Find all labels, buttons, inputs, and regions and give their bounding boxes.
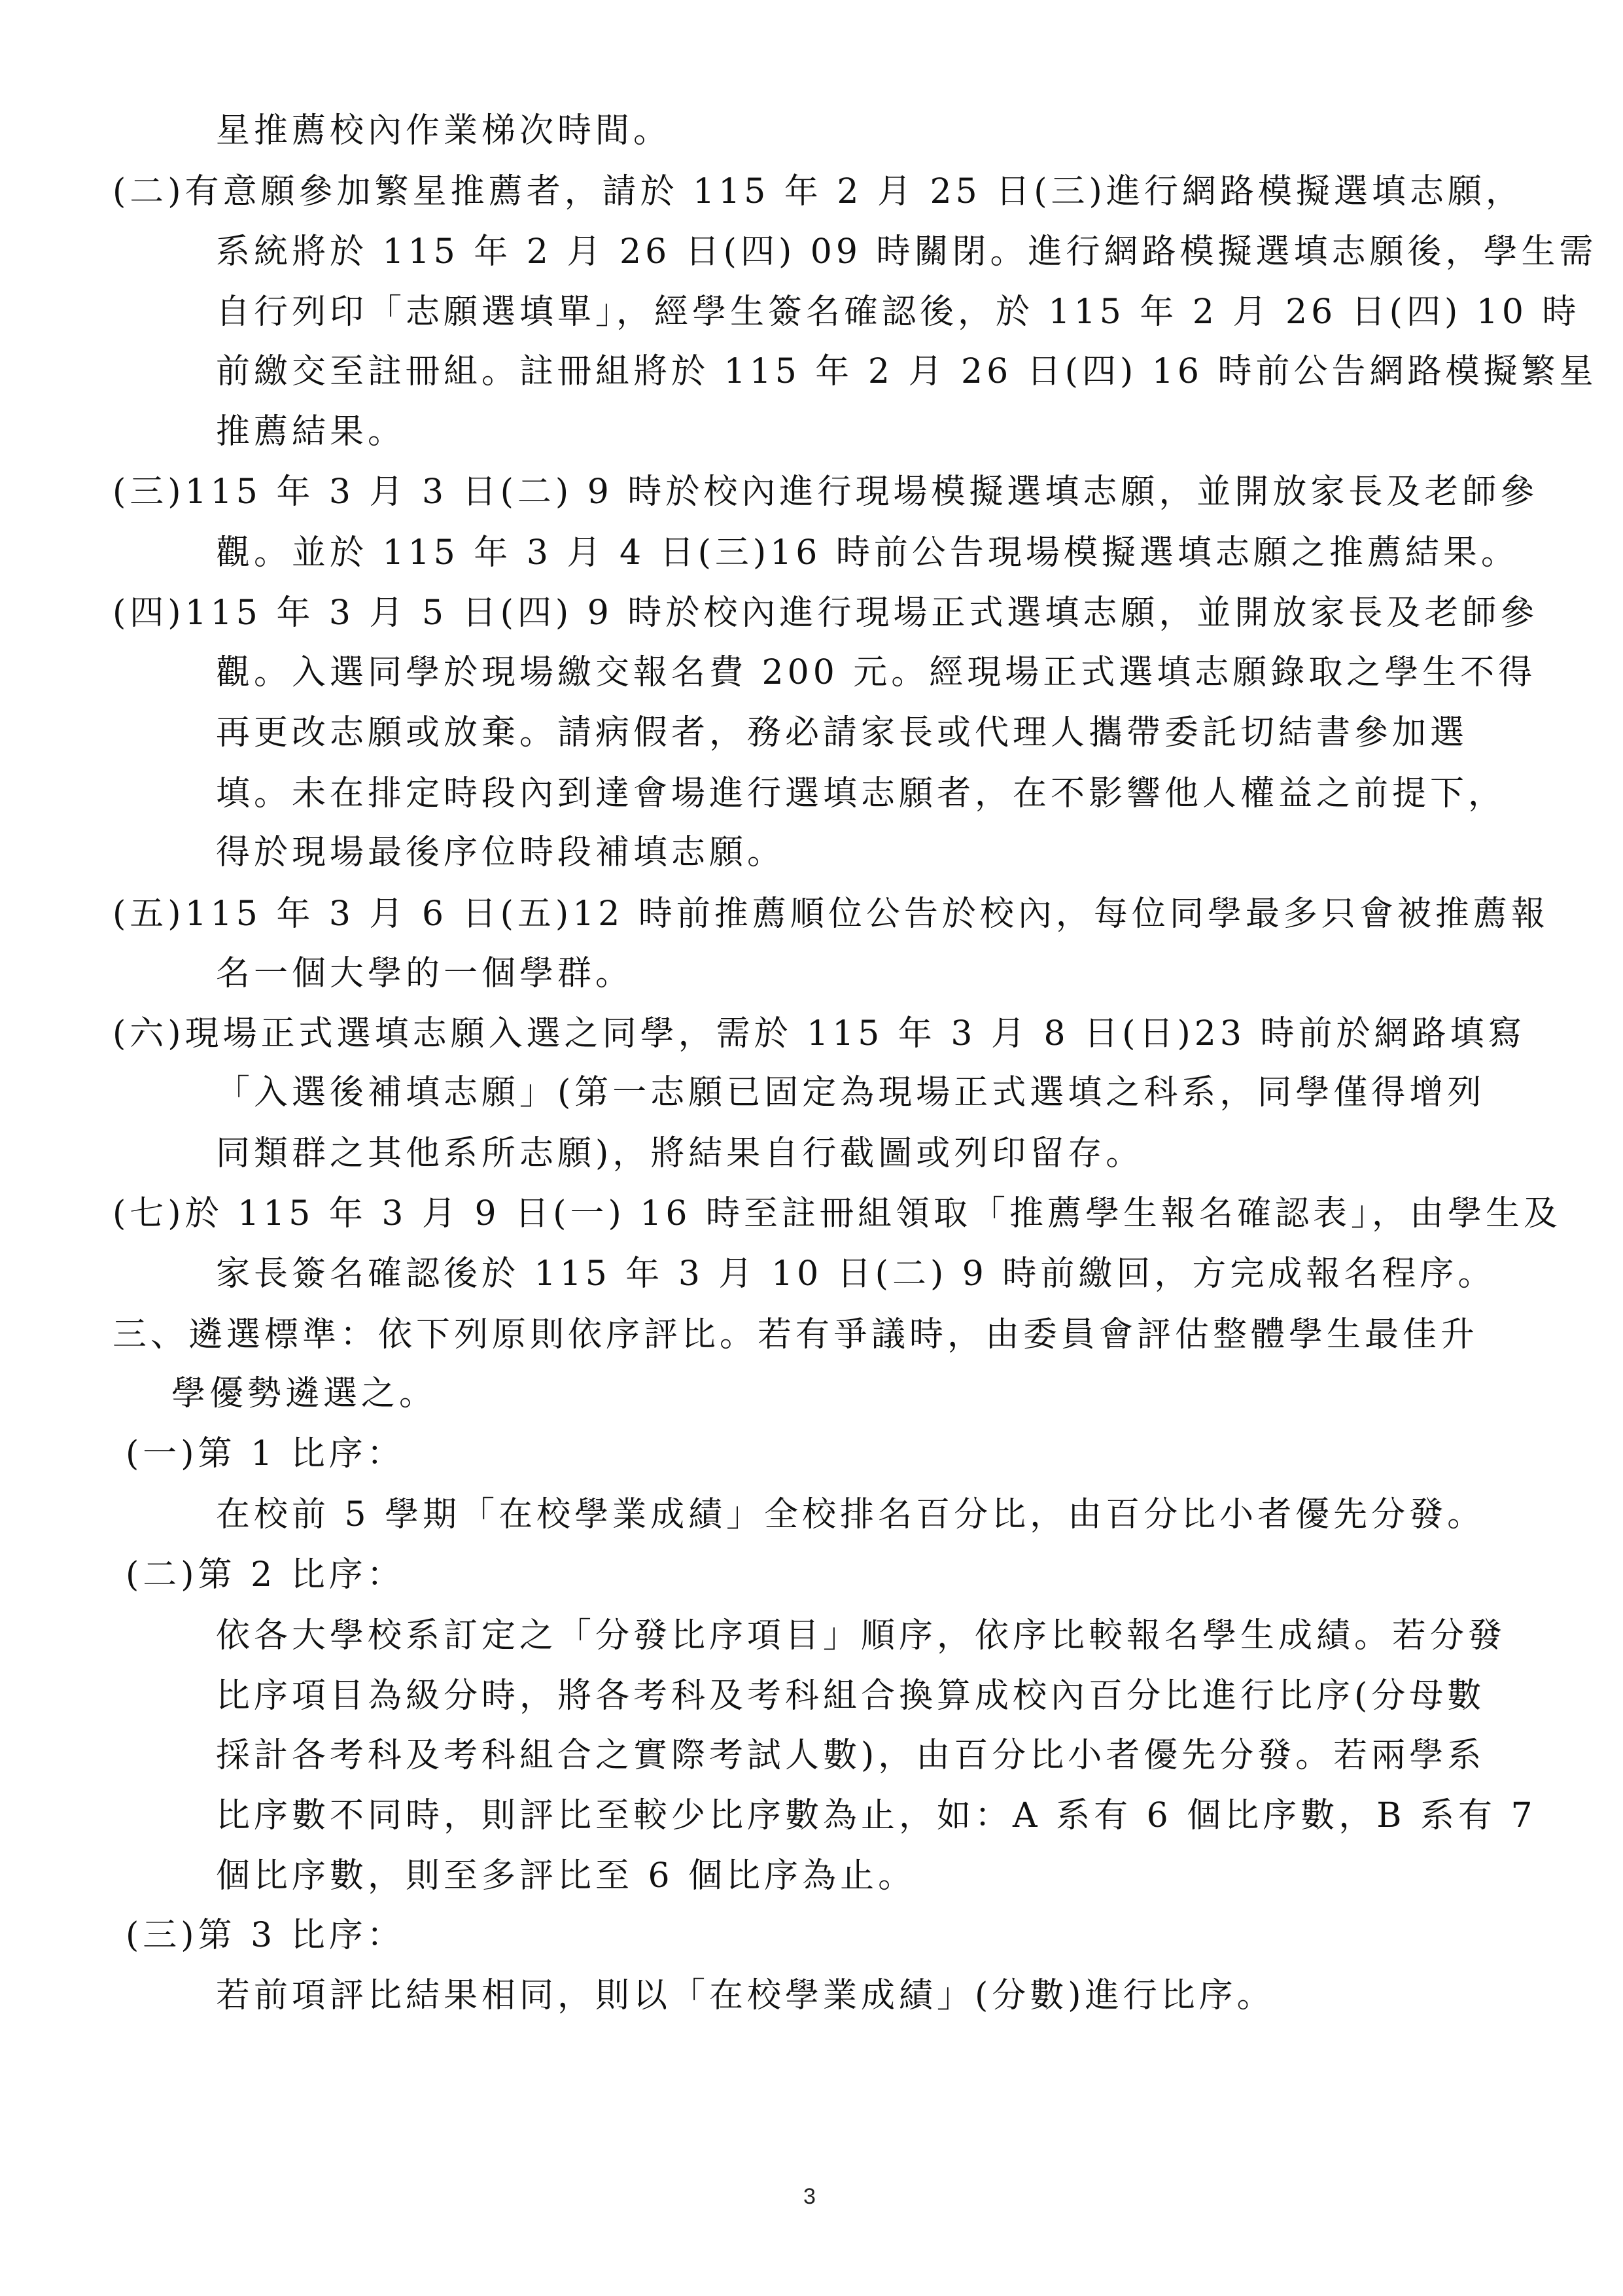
text-line: 觀。並於 115 年 3 月 4 日(三)16 時前公告現場模擬選填志願之推薦結… xyxy=(216,533,1519,573)
text-line: (三)第 3 比序： xyxy=(126,1916,405,1955)
page-number: 3 xyxy=(803,2184,816,2210)
text-line: 「入選後補填志願」(第一志願已固定為現場正式選填之科系，同學僅得增列 xyxy=(216,1073,1485,1112)
text-line: 自行列印「志願選填單」，經學生簽名確認後，於 115 年 2 月 26 日(四)… xyxy=(216,292,1580,332)
text-line: 系統將於 115 年 2 月 26 日(四) 09 時關閉。進行網路模擬選填志願… xyxy=(216,232,1597,272)
text-line: 前繳交至註冊組。註冊組將於 115 年 2 月 26 日(四) 16 時前公告網… xyxy=(216,352,1597,391)
text-line: 若前項評比結果相同，則以「在校學業成績」(分數)進行比序。 xyxy=(216,1976,1275,2015)
text-line: 比序項目為級分時，將各考科及考科組合換算成校內百分比進行比序(分母數 xyxy=(216,1676,1485,1716)
text-line: (五)115 年 3 月 6 日(五)12 時前推薦順位公告於校內，每位同學最多… xyxy=(113,894,1549,934)
text-line: 家長簽名確認後於 115 年 3 月 10 日(二) 9 時前繳回，方完成報名程… xyxy=(216,1254,1495,1294)
text-line: (一)第 1 比序： xyxy=(126,1434,405,1474)
text-line: 採計各考科及考科組合之實際考試人數)，由百分比小者優先分發。若兩學系 xyxy=(216,1736,1485,1775)
text-line: (六)現場正式選填志願入選之同學，需於 115 年 3 月 8 日(日)23 時… xyxy=(113,1014,1526,1053)
text-line: 推薦結果。 xyxy=(216,412,406,451)
text-line: 在校前 5 學期「在校學業成績」全校排名百分比，由百分比小者優先分發。 xyxy=(216,1495,1485,1534)
text-line: 名一個大學的一個學群。 xyxy=(216,954,633,993)
text-line: (四)115 年 3 月 5 日(四) 9 時於校內進行現場正式選填志願，並開放… xyxy=(113,593,1538,633)
text-line: 學優勢遴選之。 xyxy=(171,1374,437,1413)
text-line: 填。未在排定時段內到達會場進行選填志願者，在不影響他人權益之前提下， xyxy=(216,774,1506,813)
document-page: 星推薦校內作業梯次時間。(二)有意願參加繁星推薦者，請於 115 年 2 月 2… xyxy=(0,0,1623,2296)
text-line: 同類群之其他系所志願)，將結果自行截圖或列印留存。 xyxy=(216,1134,1143,1173)
text-line: 星推薦校內作業梯次時間。 xyxy=(216,111,671,150)
text-line: 依各大學校系訂定之「分發比序項目」順序，依序比較報名學生成績。若分發 xyxy=(216,1616,1506,1655)
text-line: 三、遴選標準：依下列原則依序評比。若有爭議時，由委員會評估整體學生最佳升 xyxy=(113,1315,1478,1354)
text-line: 得於現場最後序位時段補填志願。 xyxy=(216,833,785,872)
text-line: (二)有意願參加繁星推薦者，請於 115 年 2 月 25 日(三)進行網路模擬… xyxy=(113,172,1524,211)
text-line: 觀。入選同學於現場繳交報名費 200 元。經現場正式選填志願錄取之學生不得 xyxy=(216,653,1536,692)
text-line: (七)於 115 年 3 月 9 日(一) 16 時至註冊組領取「推薦學生報名確… xyxy=(113,1194,1562,1233)
text-line: (二)第 2 比序： xyxy=(126,1555,405,1595)
text-line: 個比序數，則至多評比至 6 個比序為止。 xyxy=(216,1856,916,1896)
text-line: 比序數不同時，則評比至較少比序數為止，如：A 系有 6 個比序數，B 系有 7 xyxy=(216,1796,1537,1835)
text-line: (三)115 年 3 月 3 日(二) 9 時於校內進行現場模擬選填志願，並開放… xyxy=(113,472,1538,512)
text-line: 再更改志願或放棄。請病假者，務必請家長或代理人攜帶委託切結書參加選 xyxy=(216,713,1468,752)
